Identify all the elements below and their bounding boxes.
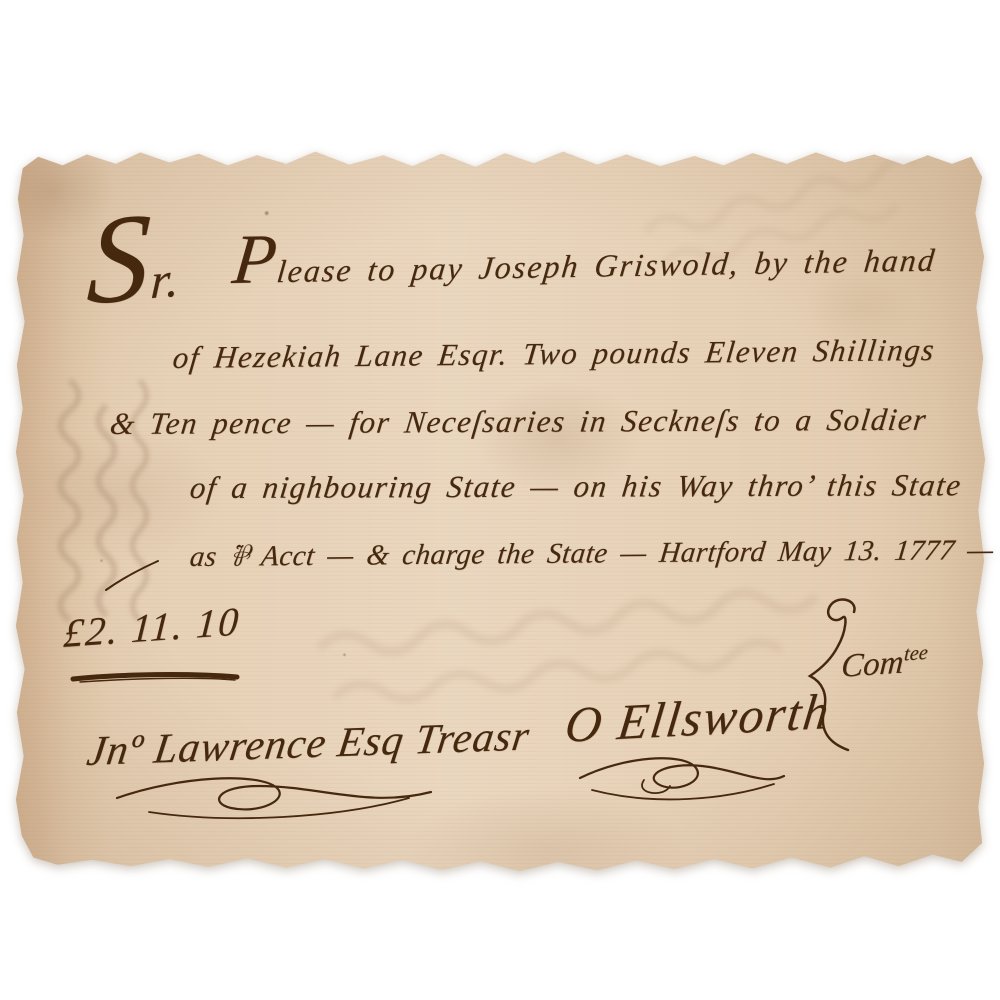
committee-label: Comtee bbox=[840, 642, 929, 686]
committee-signature-flourish bbox=[574, 750, 789, 808]
salutation: Sr. bbox=[84, 183, 186, 335]
body-line-5: as ⅌ Acct — & charge the State — Hartfor… bbox=[188, 529, 996, 575]
committee-label-superscript: tee bbox=[903, 642, 928, 666]
treasurer-signature-flourish bbox=[109, 774, 439, 822]
manuscript-paper: Sr. Please to pay Joseph Griswold, by th… bbox=[14, 148, 986, 872]
scan-background: Sr. Please to pay Joseph Griswold, by th… bbox=[0, 0, 1000, 1000]
body-line-1: Please to pay Joseph Griswold, by the ha… bbox=[229, 208, 942, 301]
amount-underline bbox=[70, 672, 240, 684]
committee-label-base: Com bbox=[840, 644, 905, 685]
body-line-4: of a nighbouring State — on his Way thro… bbox=[188, 467, 964, 506]
body-line-3: & Ten pence — for Neceſsaries in Seckneſ… bbox=[108, 402, 929, 442]
ink-stroke-mark bbox=[102, 556, 162, 592]
